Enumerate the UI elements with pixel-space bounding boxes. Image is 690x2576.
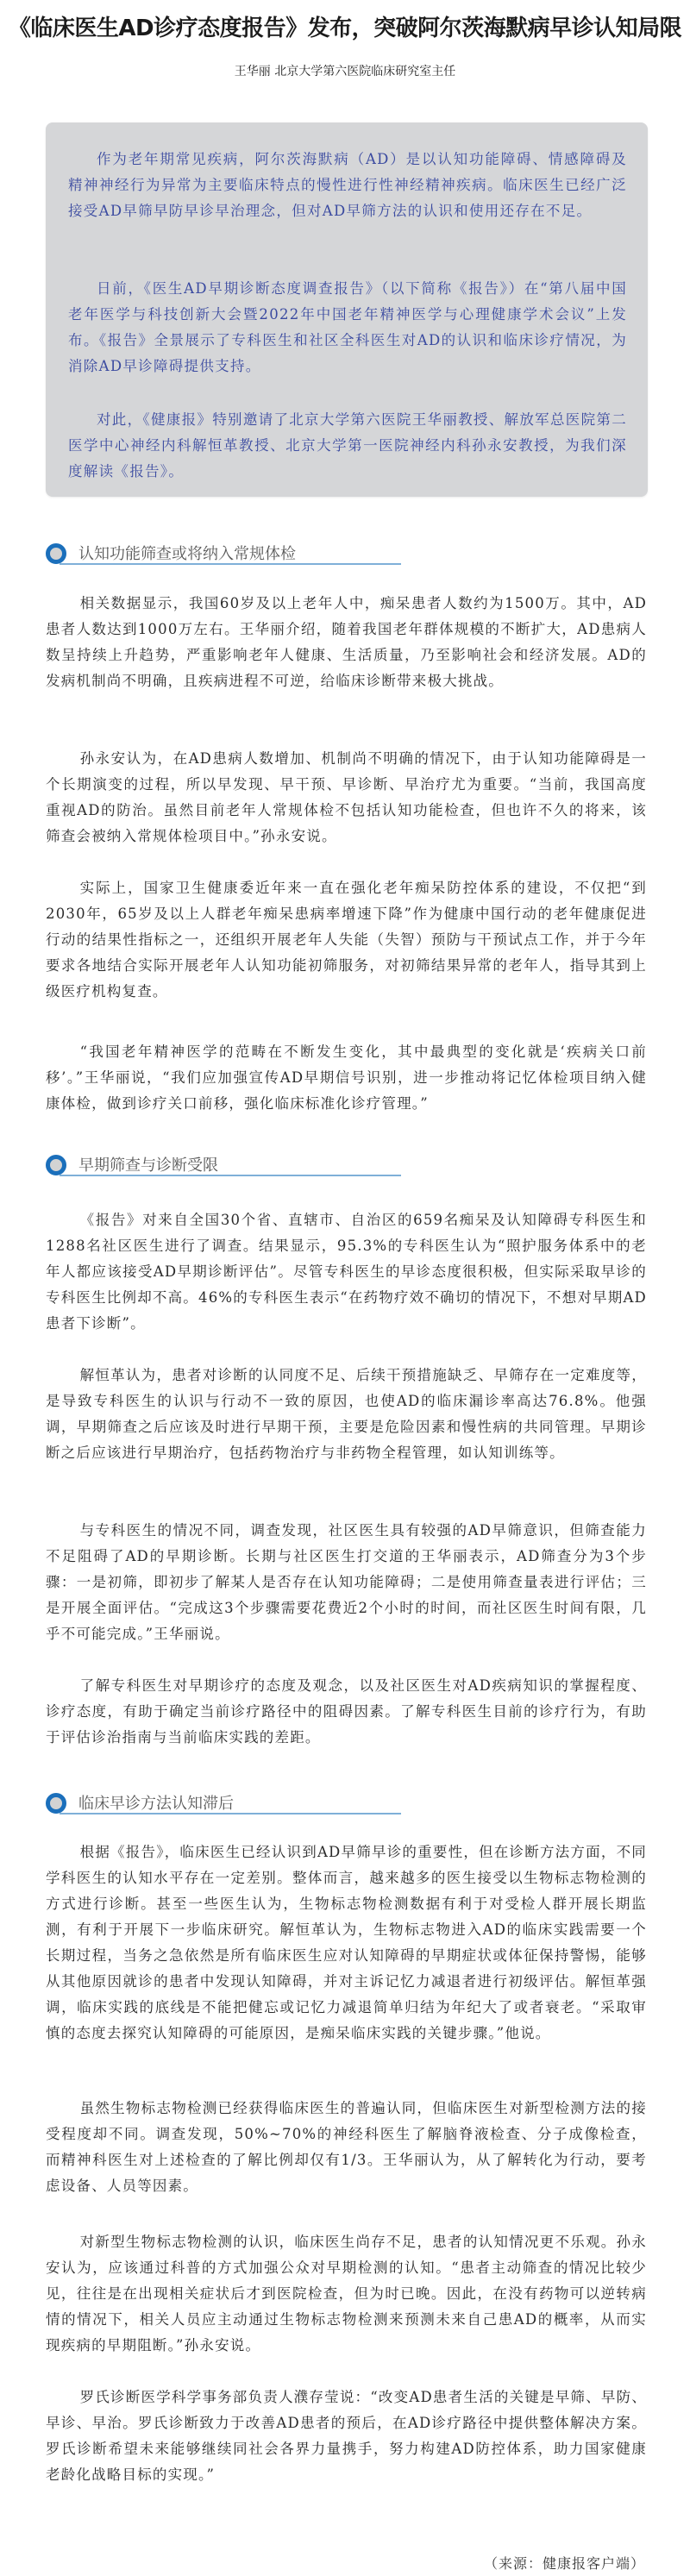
section-heading-label: 临床早诊方法认知滞后 [78,1791,234,1814]
section-heading: 早期筛查与诊断受限 [46,1153,401,1179]
body-paragraph: 孙永安认为，在AD患病人数增加、机制尚不明确的情况下，由于认知功能障碍是一个长期… [46,746,647,849]
source-credit: （来源：健康报客户端） [484,2553,645,2573]
section-heading: 认知功能筛查或将纳入常规体检 [46,542,401,567]
author-byline: 王华丽 北京大学第六医院临床研究室主任 [0,62,690,79]
body-paragraph: 罗氏诊断医学科学事务部负责人濮存莹说：“改变AD患者生活的关键是早筛、早防、早诊… [46,2385,647,2488]
intro-paragraph: 日前，《医生AD早期诊断态度调查报告》（以下简称《报告》）在“第八届中国老年医学… [68,276,627,379]
section-heading-label: 早期筛查与诊断受限 [78,1153,218,1175]
body-paragraph: 根据《报告》，临床医生已经认识到AD早筛早诊的重要性，但在诊断方法方面，不同学科… [46,1840,647,2046]
body-paragraph: 实际上，国家卫生健康委近年来一直在强化老年痴呆防控体系的建设，不仅把“到2030… [46,875,647,1005]
body-paragraph: 了解专科医生对早期诊疗的态度及观念，以及社区医生对AD疾病知识的掌握程度、诊疗态… [46,1673,647,1751]
intro-paragraph: 作为老年期常见疾病，阿尔茨海默病（AD）是以认知功能障碍、情感障碍及精神神经行为… [68,147,627,224]
body-paragraph: “我国老年精神医学的范畴在不断发生变化，其中最典型的变化就是‘疾病关口前移’。”… [46,1039,647,1117]
body-paragraph: 虽然生物标志物检测已经获得临床医生的普遍认同，但临床医生对新型检测方法的接受程度… [46,2096,647,2199]
body-paragraph: 《报告》对来自全国30个省、直辖市、自治区的659名痴呆及认知障碍专科医生和12… [46,1207,647,1337]
intro-box: 作为老年期常见疾病，阿尔茨海默病（AD）是以认知功能障碍、情感障碍及精神神经行为… [46,122,648,497]
intro-paragraph: 对此，《健康报》特别邀请了北京大学第六医院王华丽教授、解放军总医院第二医学中心神… [68,407,627,485]
body-paragraph: 相关数据显示，我国60岁及以上老年人中，痴呆患者人数约为1500万。其中，AD患… [46,591,647,694]
section-heading: 临床早诊方法认知滞后 [46,1791,401,1817]
article-title: 《临床医生AD诊疗态度报告》发布，突破阿尔茨海默病早诊认知局限 [0,10,690,42]
bullet-circle-icon [46,1793,66,1814]
bullet-circle-icon [46,543,66,564]
body-paragraph: 对新型生物标志物检测的认识，临床医生尚存不足，患者的认知情况更不乐观。孙永安认为… [46,2229,647,2359]
body-paragraph: 与专科医生的情况不同，调查发现，社区医生具有较强的AD早筛意识，但筛查能力不足阻… [46,1518,647,1647]
section-heading-label: 认知功能筛查或将纳入常规体检 [78,542,296,564]
bullet-circle-icon [46,1155,66,1175]
body-paragraph: 解恒革认为，患者对诊断的认同度不足、后续干预措施缺乏、早筛存在一定难度等，是导致… [46,1363,647,1466]
